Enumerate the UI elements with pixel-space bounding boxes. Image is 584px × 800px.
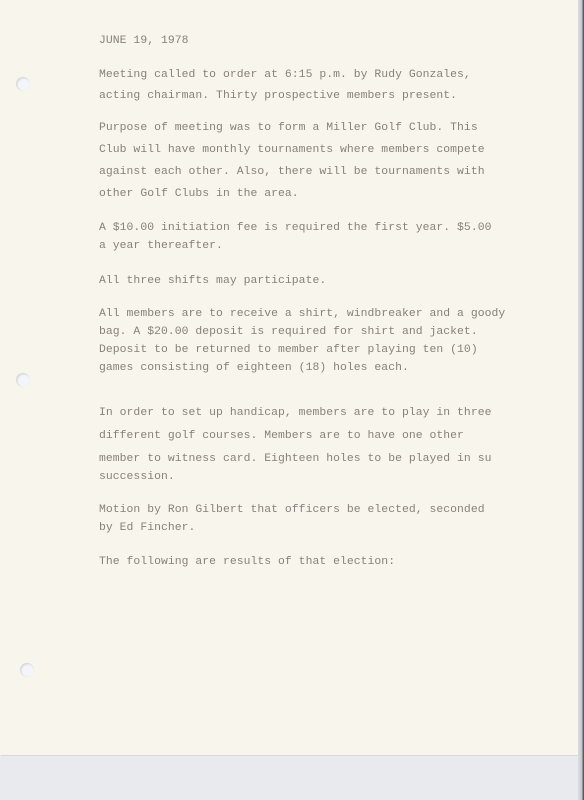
typewritten-page: JUNE 19, 1978 Meeting called to order at… (0, 0, 578, 755)
text-line: All members are to receive a shirt, wind… (99, 307, 505, 321)
text-line: other Golf Clubs in the area. (99, 187, 299, 201)
text-line: In order to set up handicap, members are… (99, 406, 491, 420)
text-line: Deposit to be returned to member after p… (99, 343, 478, 357)
text-line: by Ed Fincher. (99, 521, 195, 535)
text-line: bag. A $20.00 deposit is required for sh… (99, 325, 478, 339)
text-line: acting chairman. Thirty prospective memb… (99, 89, 457, 103)
text-line: All three shifts may participate. (99, 274, 326, 288)
text-line: different golf courses. Members are to h… (99, 429, 464, 443)
text-line: Motion by Ron Gilbert that officers be e… (99, 503, 485, 517)
text-line: Purpose of meeting was to form a Miller … (99, 121, 478, 135)
text-line: succession. (99, 470, 175, 484)
punch-hole (16, 77, 30, 91)
document-date: JUNE 19, 1978 (99, 34, 189, 48)
text-line: Club will have monthly tournaments where… (99, 143, 485, 157)
text-line: a year thereafter. (99, 239, 223, 253)
text-line: against each other. Also, there will be … (99, 165, 485, 179)
scan-edge (578, 0, 584, 800)
text-line: A $10.00 initiation fee is required the … (99, 221, 491, 235)
text-line: Meeting called to order at 6:15 p.m. by … (99, 68, 471, 82)
text-line: member to witness card. Eighteen holes t… (99, 452, 491, 466)
punch-hole (16, 373, 30, 387)
text-line: games consisting of eighteen (18) holes … (99, 361, 409, 375)
text-line: The following are results of that electi… (99, 555, 395, 569)
punch-hole (20, 663, 34, 677)
